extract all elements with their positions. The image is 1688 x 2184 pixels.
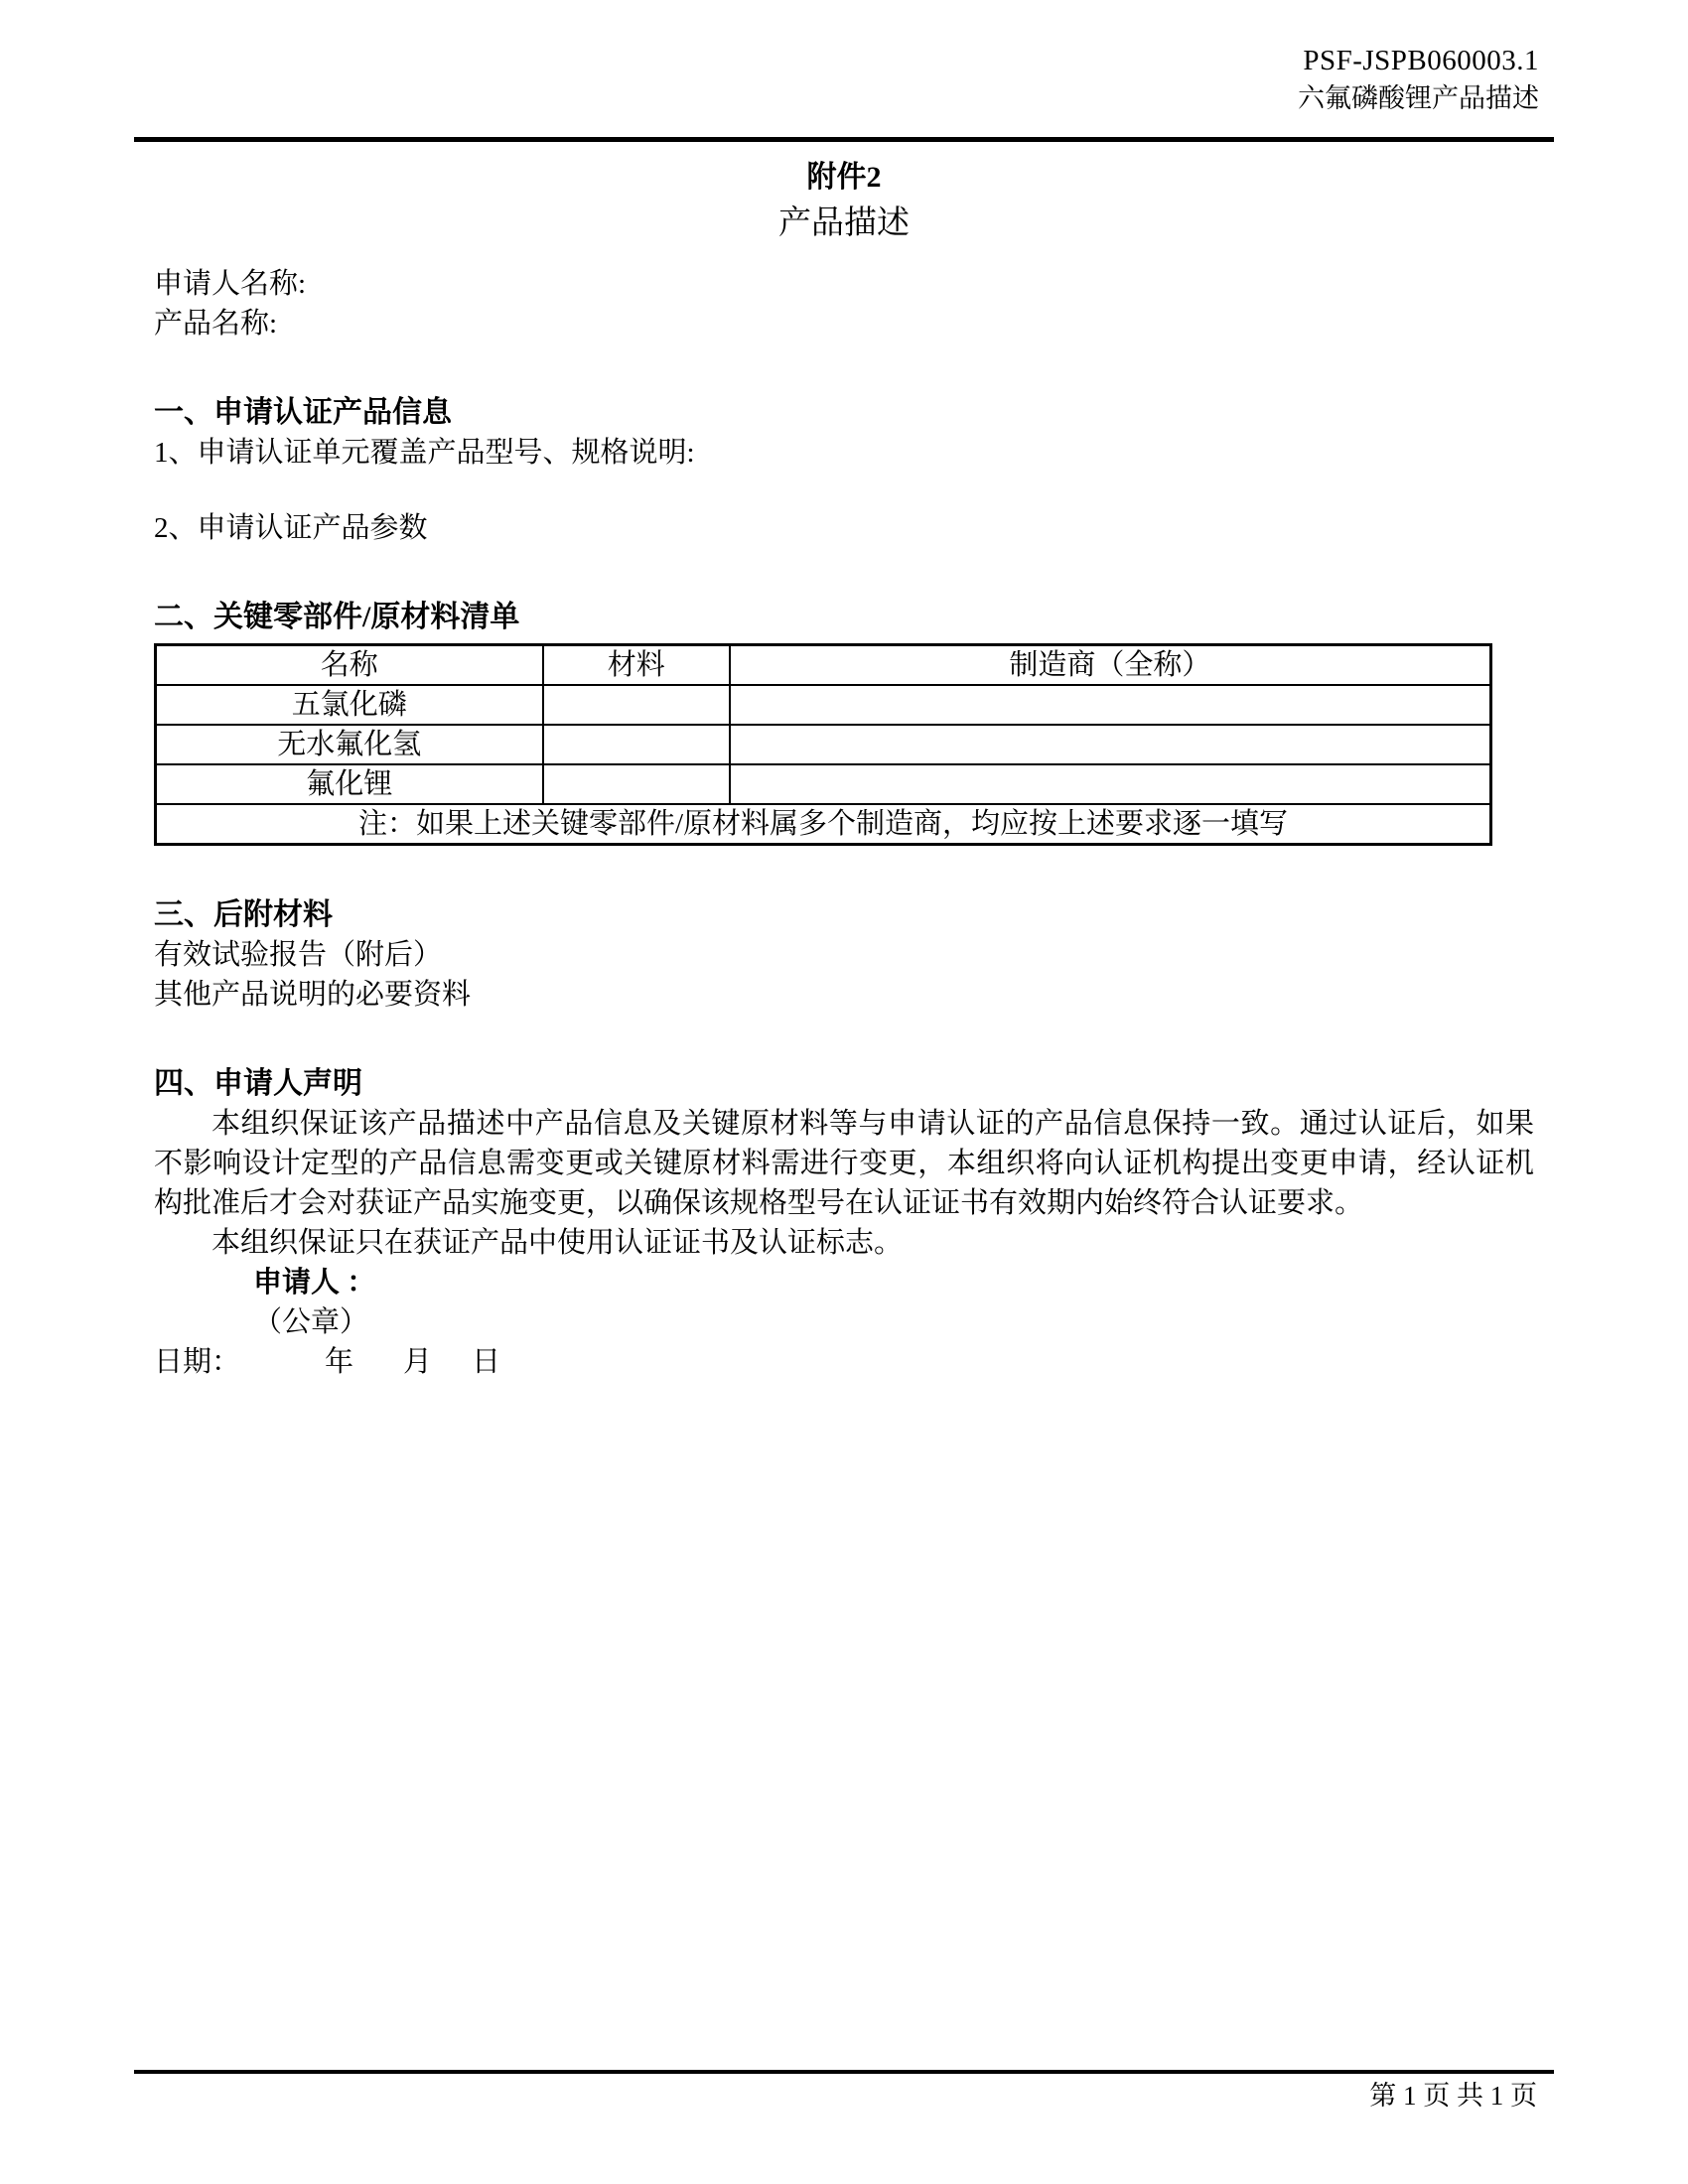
section-4-heading: 四、申请人声明 [154, 1064, 1534, 1104]
month-label: 月 [403, 1346, 432, 1378]
cell-manufacturer [730, 764, 1491, 804]
key-parts-table: 名称 材料 制造商（全称） 五氯化磷 无水氟化氢 氟化锂 [154, 643, 1492, 846]
section-2-heading: 二、关键零部件/原材料清单 [154, 598, 1534, 637]
page-header: PSF-JSPB060003.1 六氟磷酸锂产品描述 [1298, 42, 1539, 117]
section-1-item-2: 2、申请认证产品参数 [154, 508, 1534, 548]
year-label: 年 [325, 1346, 353, 1378]
seal-label: （公章） [253, 1302, 1534, 1342]
document-header-title: 六氟磷酸锂产品描述 [1298, 79, 1539, 117]
section-1-item-1: 1、申请认证单元覆盖产品型号、规格说明: [154, 433, 1534, 473]
page-number: 第 1 页 共 1 页 [1369, 2077, 1537, 2115]
document-code: PSF-JSPB060003.1 [1298, 42, 1539, 79]
title-block: 附件2 产品描述 [0, 155, 1688, 246]
date-line: 日期：年月日 [154, 1342, 1534, 1382]
section-3-heading: 三、后附材料 [154, 895, 1534, 935]
day-label: 日 [472, 1346, 500, 1378]
cell-material [543, 685, 730, 725]
table-note: 注：如果上述关键零部件/原材料属多个制造商，均应按上述要求逐一填写 [156, 804, 1491, 845]
declaration-paragraph: 本组织保证该产品描述中产品信息及关键原材料等与申请认证的产品信息保持一致。通过认… [154, 1104, 1534, 1223]
applicant-name-label: 申请人名称: [154, 264, 1534, 304]
declaration-line-2: 本组织保证只在获证产品中使用认证证书及认证标志。 [154, 1223, 1534, 1263]
attached-material-1: 有效试验报告（附后） [154, 935, 1534, 975]
footer-rule [134, 2070, 1554, 2074]
attached-material-2: 其他产品说明的必要资料 [154, 975, 1534, 1015]
table-row: 无水氟化氢 [156, 725, 1491, 764]
cell-part-name: 氟化锂 [156, 764, 543, 804]
cell-part-name: 五氯化磷 [156, 685, 543, 725]
section-1-heading: 一、申请认证产品信息 [154, 393, 1534, 433]
cell-manufacturer [730, 685, 1491, 725]
table-header-row: 名称 材料 制造商（全称） [156, 645, 1491, 686]
header-rule [134, 137, 1554, 142]
page-title: 产品描述 [0, 201, 1688, 246]
product-name-label: 产品名称: [154, 304, 1534, 343]
table-row: 五氯化磷 [156, 685, 1491, 725]
header-cell-name: 名称 [156, 645, 543, 686]
cell-manufacturer [730, 725, 1491, 764]
cell-material [543, 764, 730, 804]
cell-material [543, 725, 730, 764]
date-label: 日期： [154, 1346, 240, 1378]
header-cell-manufacturer: 制造商（全称） [730, 645, 1491, 686]
attachment-title: 附件2 [0, 155, 1688, 201]
document-body: 申请人名称: 产品名称: 一、申请认证产品信息 1、申请认证单元覆盖产品型号、规… [154, 264, 1534, 1382]
table-row: 氟化锂 [156, 764, 1491, 804]
header-cell-material: 材料 [543, 645, 730, 686]
table-note-row: 注：如果上述关键零部件/原材料属多个制造商，均应按上述要求逐一填写 [156, 804, 1491, 845]
cell-part-name: 无水氟化氢 [156, 725, 543, 764]
document-page: PSF-JSPB060003.1 六氟磷酸锂产品描述 附件2 产品描述 申请人名… [0, 0, 1688, 2184]
applicant-signature-label: 申请人 ： [253, 1263, 1534, 1302]
